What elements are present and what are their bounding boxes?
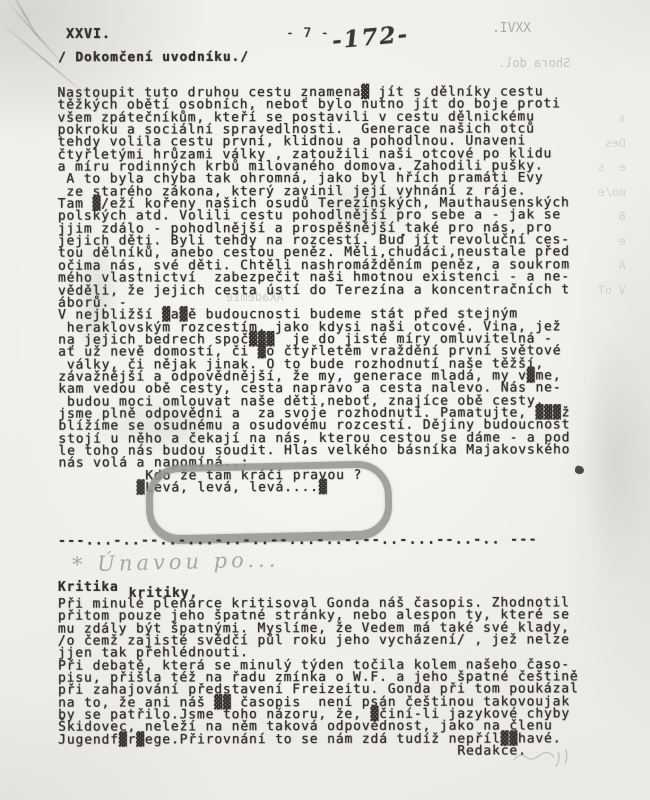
kritika-heading-word1: Kritika [58, 580, 119, 595]
page-number-handwritten: -172- [331, 21, 410, 55]
section-title: / Dokomčení uvodníku./ [58, 52, 249, 65]
kritika-heading: Kritikakritiky. [58, 580, 188, 595]
pencil-scribble [512, 748, 572, 770]
page-number-typed: - 7 - [286, 28, 329, 40]
ink-blot [574, 465, 584, 475]
bleedthrough-chapter: XXVI. [492, 21, 531, 36]
bleedthrough-note: Shora dol. [498, 56, 570, 70]
chapter-number: XXVI. [66, 28, 111, 40]
pencil-annotation: * Únavou po... [72, 547, 280, 576]
typed-separator: ---...-..--..-...-..-..--...-..-.--..-..… [58, 534, 538, 548]
kritika-body-text: Při minulé plenárce kritisoval Gonda náš… [58, 597, 579, 759]
editorial-body-text: Nastoupit tuto druhou cestu znamena▓ jít… [57, 86, 570, 495]
bleedthrough-right-margin: s Des e s mo/e 8 e A V oT [598, 106, 626, 302]
scanned-document-page: XXVI. - 7 - -172- XXVI. Shora dol. Akade… [0, 0, 650, 800]
paper-smudge [580, 330, 650, 590]
